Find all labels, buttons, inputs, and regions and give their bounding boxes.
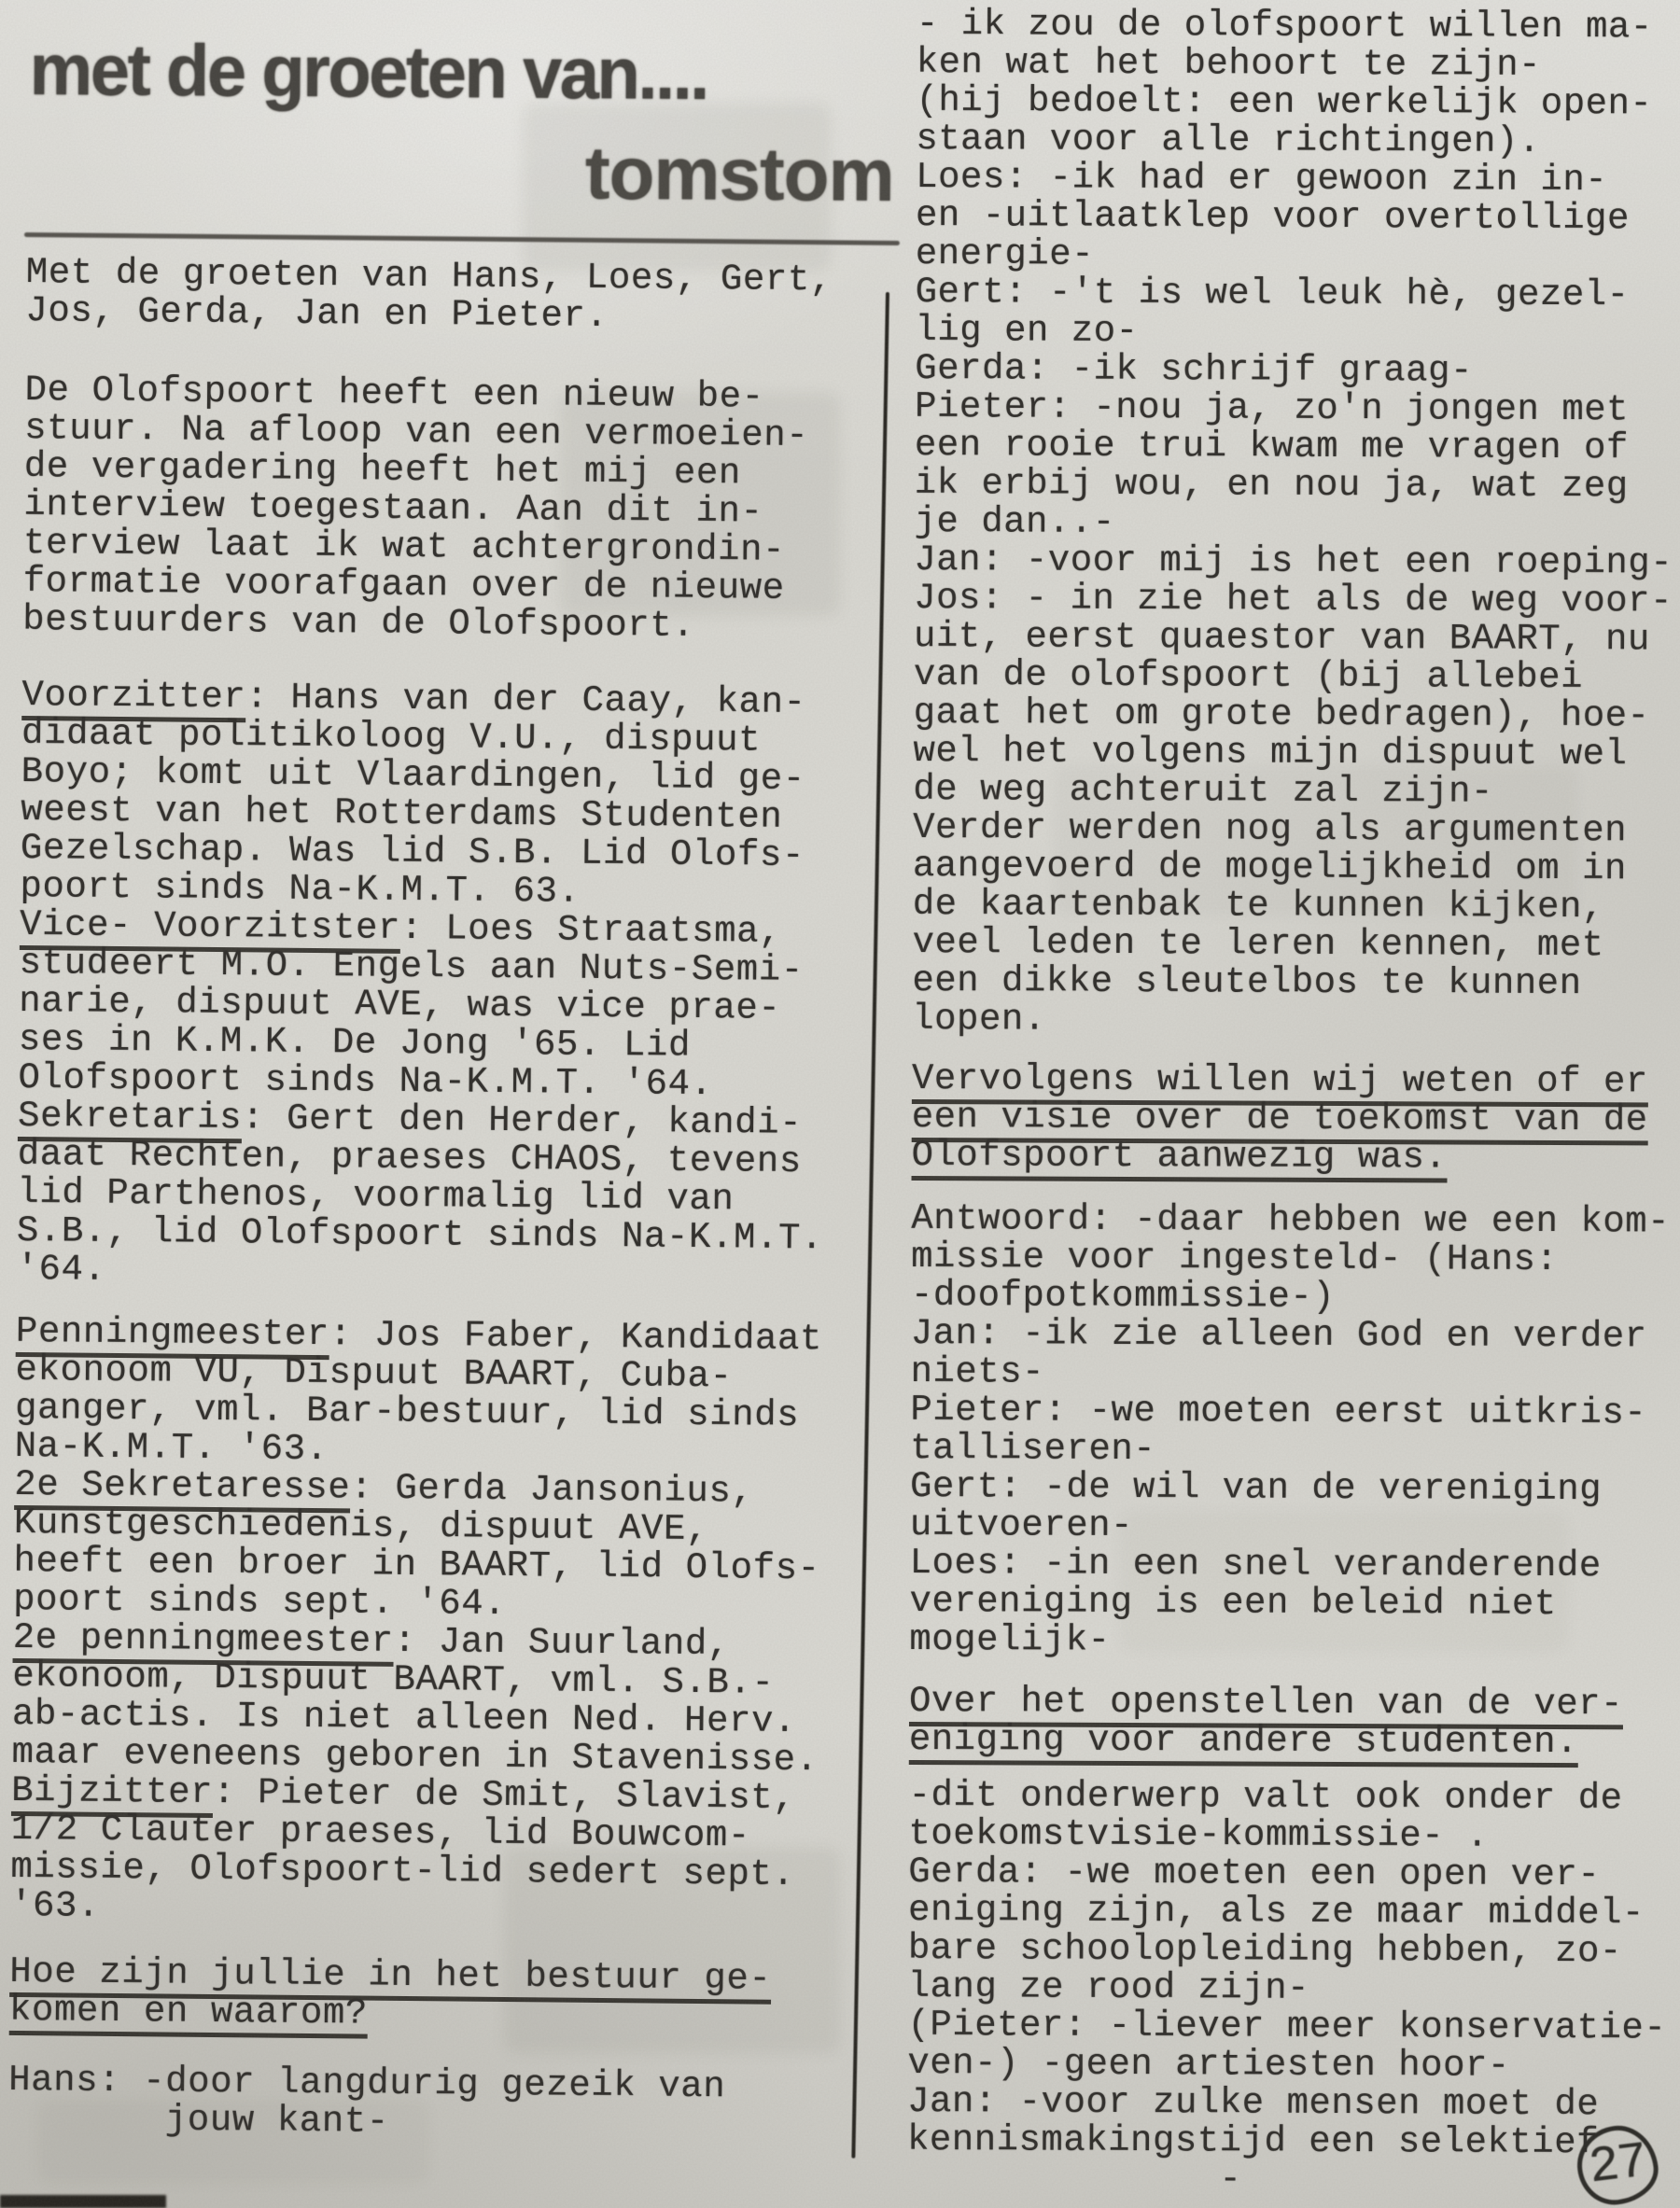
text-line: - [907, 2159, 1673, 2201]
text-line: Pieter: -we moeten eerst uitkris- [910, 1391, 1675, 1433]
text-line: energie- [916, 235, 1680, 277]
line-text: Jos, Gerda, Jan en Pieter. [25, 290, 609, 337]
text-line: lang ze rood zijn- [908, 1968, 1673, 2010]
scanned-page: met de groeten van.... tomstom Met de gr… [0, 0, 1680, 2208]
text-line: Gert: -de wil van de vereniging [910, 1468, 1675, 1510]
line-text: staan voor alle richtingen). [916, 119, 1540, 162]
page-number: 27 [1586, 2133, 1649, 2197]
right-column: - ik zou de olofspoort willen ma-ken wat… [907, 6, 1680, 2201]
text-line: en -uitlaatklep voor overtollige [916, 197, 1680, 239]
text-line: eniging zijn, als ze maar middel- [908, 1892, 1673, 1934]
line-text: de kaartenbak te kunnen kijken, [913, 884, 1604, 928]
line-text: kennismakingstijd een selektief [907, 2119, 1599, 2163]
line-text: mogelijk- [909, 1619, 1110, 1661]
text-line: ken wat het behoort te zijn- [917, 44, 1680, 86]
underlined-text: komen en waarom? [9, 1990, 369, 2039]
text-line: (hij bedoelt: een werkelijk open- [916, 82, 1680, 124]
line-text: Pieter: -nou ja, zo'n jongen met [915, 386, 1629, 430]
line-text: niets- [911, 1351, 1045, 1393]
line-text: energie- [916, 233, 1094, 275]
line-text: Gerda: -ik schrijf graag- [915, 348, 1473, 392]
line-text: toekomstvisie-kommissie- . [908, 1813, 1489, 1857]
text-line: bare schoolopleiding hebben, zo- [908, 1930, 1673, 1972]
line-text: '63. [10, 1885, 100, 1927]
line-text: Jan: -ik zie alleen God en verder [911, 1313, 1647, 1357]
text-line: Jos: - in zie het als de weg voor- [914, 580, 1679, 622]
text-line: Antwoord: -daar hebben we een kom- [911, 1200, 1676, 1242]
text-line: wel het volgens mijn dispuut wel [913, 733, 1678, 775]
text-line: jouw kant- [8, 2100, 860, 2146]
text-line: ven-) -geen artiesten hoor- [907, 2045, 1673, 2087]
line-text: - ik zou de olofspoort willen ma- [917, 4, 1653, 48]
line-text: S.B., lid Olofspoort sinds Na-K.M.T. [17, 1210, 824, 1259]
text-line: toekomstvisie-kommissie- . [908, 1815, 1673, 1857]
line-text: aangevoerd de mogelijkheid om in [913, 845, 1627, 889]
line-text: Verder werden nog als argumenten [913, 807, 1627, 851]
page-title: met de groeten van.... [29, 28, 707, 117]
text-line: S.B., lid Olofspoort sinds Na-K.M.T. [17, 1212, 868, 1259]
text-line: missie voor ingesteld- (Hans: [911, 1238, 1676, 1280]
header-rule [24, 232, 900, 245]
line-text: Antwoord: -daar hebben we een kom- [911, 1198, 1670, 1243]
text-line: staan voor alle richtingen). [916, 120, 1680, 162]
text-line: -doofpotkommissie-) [911, 1277, 1676, 1319]
line-text: Gerda: -we moeten een open ver- [908, 1852, 1600, 1895]
text-line: talliseren- [910, 1430, 1675, 1472]
text-line: Over het openstellen van de ver- [909, 1683, 1674, 1725]
line-text: ken wat het behoort te zijn- [917, 42, 1541, 86]
text-line: Jan: -voor mij is het een roeping- [914, 541, 1679, 583]
text-line: Loes: -in een snel veranderende [910, 1544, 1675, 1586]
line-text: een dikke sleutelbos te kunnen [912, 960, 1581, 1004]
line-text: gaat het om grote bedragen), hoe- [914, 692, 1650, 736]
line-text: uitvoeren- [910, 1504, 1133, 1546]
text-line: niets- [911, 1353, 1676, 1395]
text-line: gaat het om grote bedragen), hoe- [914, 694, 1679, 736]
line-text: missie voor ingesteld- (Hans: [911, 1237, 1558, 1280]
line-text: ven-) -geen artiesten hoor- [907, 2043, 1510, 2087]
line-text: : Jan Suurland, [394, 1621, 730, 1665]
text-line: Pieter: -nou ja, zo'n jongen met [915, 388, 1680, 430]
text-line: de kaartenbak te kunnen kijken, [913, 886, 1678, 928]
text-line: uit, eerst quaestor van BAART, nu [914, 618, 1679, 660]
line-text: Jan: -voor zulke mensen moet de [907, 2081, 1599, 2125]
text-line: Vervolgens willen wij weten of er [912, 1060, 1677, 1102]
line-text: -doofpotkommissie-) [911, 1275, 1335, 1318]
text-line: kennismakingstijd een selektief [907, 2121, 1673, 2163]
line-text: Na-K.M.T. '63. [15, 1426, 329, 1470]
scan-artifact-strip [0, 2195, 166, 2208]
text-line: een visie over de toekomst van de [912, 1098, 1677, 1140]
text-line: Jan: -ik zie alleen God en verder [911, 1315, 1676, 1357]
line-text: veel leden te leren kennen, met [913, 922, 1604, 966]
line-text: je dan..- [914, 501, 1114, 543]
text-line: Jan: -voor zulke mensen moet de [907, 2083, 1673, 2125]
line-text: ik erbij wou, en nou ja, wat zeg [915, 463, 1629, 507]
line-text: (Pieter: -liever meer konservatie- [907, 2005, 1666, 2049]
text-line: uitvoeren- [910, 1506, 1675, 1548]
line-text: Pieter: -we moeten eerst uitkris- [910, 1390, 1646, 1433]
line-text: een rooie trui kwam me vragen of [915, 425, 1629, 468]
text-line: Gert: -'t is wel leuk hè, gezel- [916, 273, 1680, 315]
text-line: mogelijk- [909, 1621, 1674, 1663]
line-text: vereniging is een beleid niet [909, 1581, 1556, 1625]
underlined-text: eniging voor andere studenten. [909, 1719, 1578, 1768]
line-text: talliseren- [910, 1428, 1155, 1470]
byline: tomstom [550, 130, 894, 218]
line-text: -dit onderwerp valt ook onder de [909, 1775, 1623, 1819]
underlined-text: Olofspoort aanwezig was. [912, 1135, 1448, 1183]
line-text: de weg achteruit zal zijn- [913, 769, 1493, 813]
text-line: -dit onderwerp valt ook onder de [909, 1777, 1674, 1819]
text-line: Gerda: -ik schrijf graag- [915, 350, 1680, 392]
text-line: een dikke sleutelbos te kunnen [912, 962, 1677, 1004]
text-line: - ik zou de olofspoort willen ma- [917, 6, 1680, 48]
left-column: Met de groeten van Hans, Loes, Gert,Jos,… [8, 254, 877, 2146]
line-text: Jos: - in zie het als de weg voor- [914, 578, 1673, 622]
line-text: eniging zijn, als ze maar middel- [908, 1890, 1645, 1934]
line-text: lang ze rood zijn- [908, 1966, 1309, 2009]
text-line: missie, Olofspoort-lid sedert sept. [10, 1849, 861, 1895]
line-text: wel het volgens mijn dispuut wel [913, 731, 1627, 775]
text-line: eniging voor andere studenten. [909, 1721, 1674, 1763]
text-line: lig en zo- [915, 312, 1680, 354]
text-line: aangevoerd de mogelijkheid om in [913, 847, 1678, 889]
line-text: Gert: -'t is wel leuk hè, gezel- [916, 272, 1630, 315]
line-text: van de olofspoort (bij allebei [914, 654, 1583, 698]
line-text: - [907, 2158, 1242, 2201]
line-text: (hij bedoelt: een werkelijk open- [916, 80, 1652, 124]
line-text: en -uitlaatklep voor overtollige [916, 195, 1630, 239]
text-line: Verder werden nog als argumenten [913, 809, 1678, 851]
text-line: je dan..- [914, 503, 1679, 545]
line-text: jouw kant- [8, 2098, 389, 2143]
line-text: missie, Olofspoort-lid sedert sept. [10, 1847, 795, 1895]
text-line: (Pieter: -liever meer konservatie- [907, 2006, 1673, 2048]
text-line: van de olofspoort (bij allebei [914, 656, 1679, 698]
line-text: Loes: -ik had er gewoon zin in- [916, 157, 1607, 201]
line-text: lig en zo- [915, 310, 1138, 352]
text-line: vereniging is een beleid niet [909, 1583, 1674, 1625]
line-text: lopen. [912, 999, 1046, 1041]
line-text: Jan: -voor mij is het een roeping- [914, 539, 1673, 584]
text-line: lopen. [912, 1000, 1677, 1042]
text-line: een rooie trui kwam me vragen of [915, 426, 1680, 468]
text-line: veel leden te leren kennen, met [913, 924, 1678, 966]
line-text: '64. [16, 1249, 105, 1291]
line-text: bare schoolopleiding hebben, zo- [908, 1928, 1622, 1972]
line-text: uit, eerst quaestor van BAART, nu [914, 616, 1650, 660]
text-line: de weg achteruit zal zijn- [913, 771, 1678, 813]
line-text: Gert: -de wil van de vereniging [910, 1466, 1602, 1510]
text-line: Gerda: -we moeten een open ver- [908, 1853, 1673, 1895]
line-text: bestuurders van de Olofspoort. [22, 599, 695, 647]
line-text: Loes: -in een snel veranderende [910, 1543, 1602, 1586]
text-line: Loes: -ik had er gewoon zin in- [916, 159, 1680, 201]
text-line: ik erbij wou, en nou ja, wat zeg [915, 465, 1680, 507]
